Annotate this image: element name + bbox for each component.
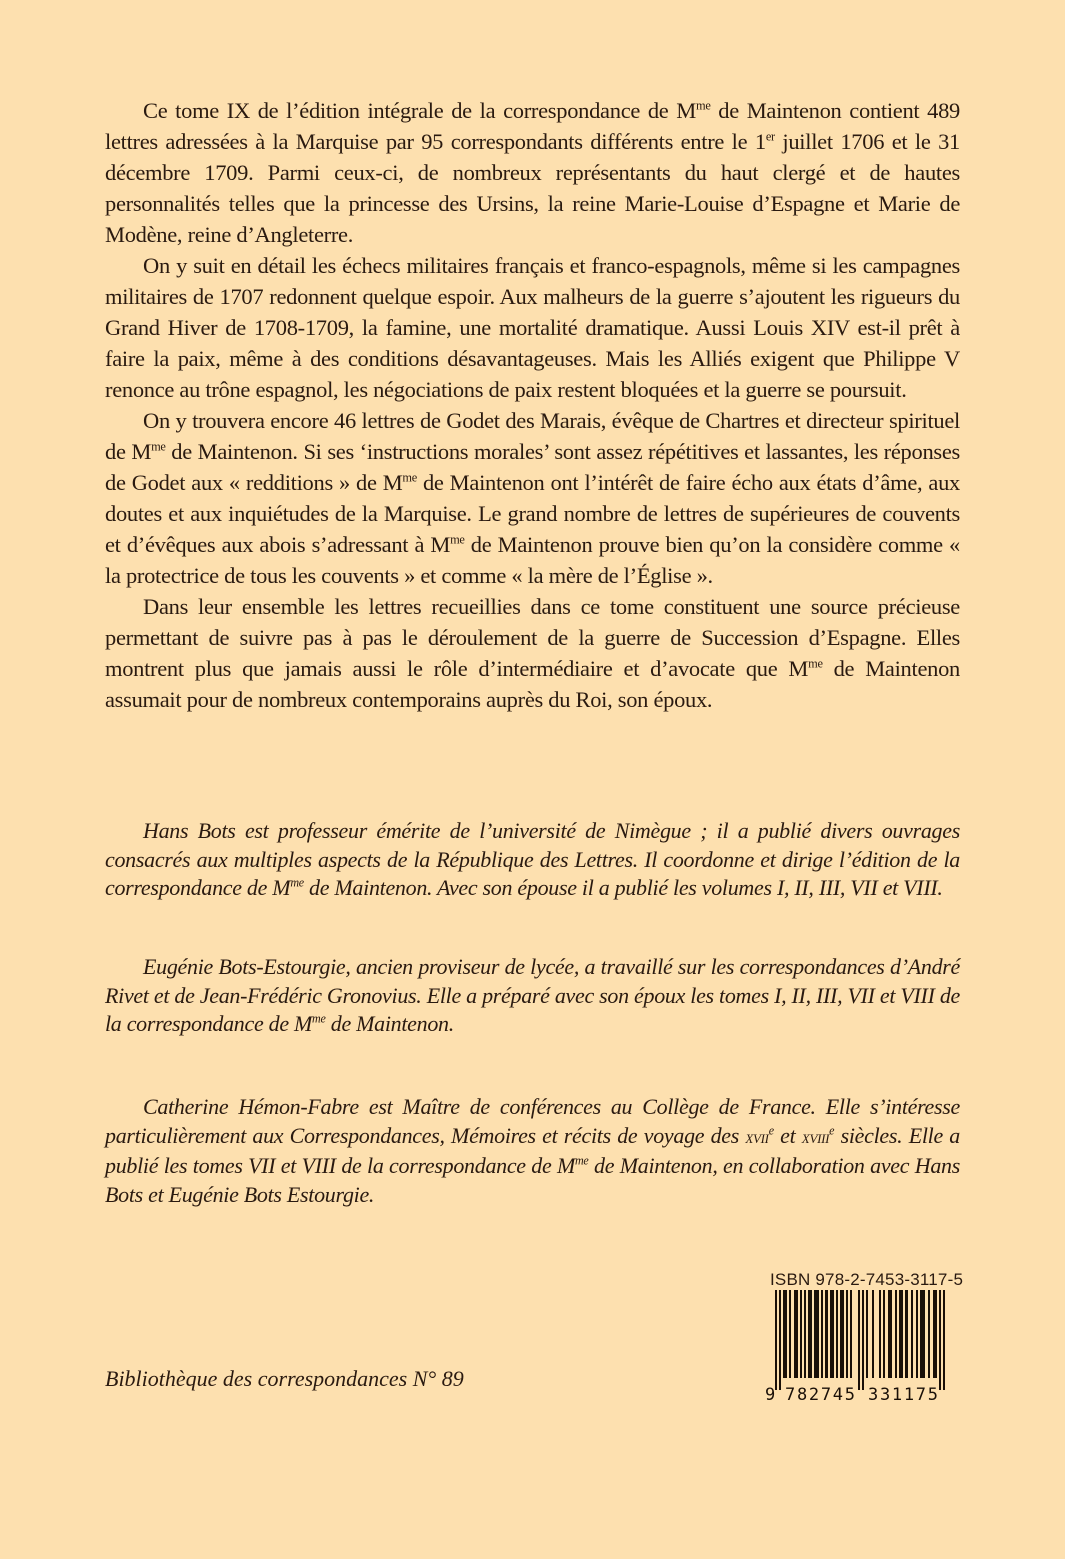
summary-paragraph-3: On y trouvera encore 46 lettres de Godet… <box>105 405 960 591</box>
summary-text: Ce tome IX de l’édition intégrale de la … <box>105 95 960 715</box>
text-run: de Maintenon. <box>326 1011 454 1036</box>
summary-paragraph-4: Dans leur ensemble les lettres recueilli… <box>105 591 960 715</box>
summary-paragraph-1: Ce tome IX de l’édition intégrale de la … <box>105 95 960 250</box>
series-label: Bibliothèque des correspondances N° 89 <box>105 1366 464 1392</box>
barcode-digits-right: 331175 <box>868 1385 938 1405</box>
century-numeral: xviii <box>802 1127 829 1148</box>
superscript: me <box>575 1154 589 1168</box>
superscript: er <box>766 129 775 143</box>
text-run: Eugénie Bots-Estourgie, ancien proviseur… <box>105 954 960 1036</box>
superscript: me <box>450 532 465 546</box>
summary-paragraph-2: On y suit en détail les échecs militaire… <box>105 250 960 405</box>
barcode-bars <box>775 1290 945 1390</box>
superscript: me <box>312 1012 326 1026</box>
barcode-digits-left: 782745 <box>785 1385 855 1405</box>
barcode-digit-first: 9 <box>765 1385 775 1405</box>
superscript: me <box>808 656 823 670</box>
text-run: de Maintenon. Avec son épouse il a publi… <box>304 875 943 900</box>
bio-hans-bots: Hans Bots est professeur émérite de l’un… <box>105 817 960 903</box>
text-run: Catherine Hémon-Fabre est Maître de conf… <box>105 1094 960 1148</box>
century-numeral: xvii <box>745 1127 768 1148</box>
bio-catherine-hemon-fabre: Catherine Hémon-Fabre est Maître de conf… <box>105 1093 960 1209</box>
bio-eugenie-bots-estourgie: Eugénie Bots-Estourgie, ancien proviseur… <box>105 953 960 1039</box>
superscript: me <box>151 439 166 453</box>
isbn-label: ISBN 978-2-7453-3117-5 <box>770 1270 963 1290</box>
text-run: Ce tome IX de l’édition intégrale de la … <box>143 98 696 123</box>
isbn-barcode: 9 782745 331175 <box>765 1290 955 1405</box>
superscript: me <box>290 876 304 890</box>
superscript: me <box>402 470 417 484</box>
text-run: et <box>774 1123 802 1148</box>
superscript: me <box>696 98 711 112</box>
